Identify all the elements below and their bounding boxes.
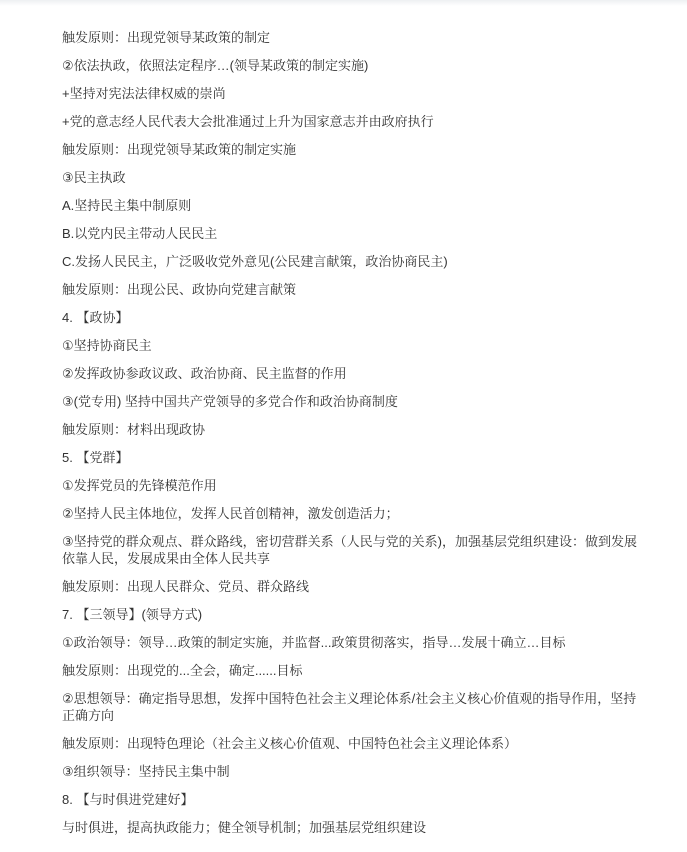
note-line: ②思想领导：确定指导思想，发挥中国特色社会主义理论体系/社会主义核心价值观的指导… xyxy=(62,690,642,724)
note-line: ③组织领导：坚持民主集中制 xyxy=(62,763,642,780)
note-line: ②发挥政协参政议政、政治协商、民主监督的作用 xyxy=(62,365,642,382)
trigger-principle-line: 触发原则：出现党领导某政策的制定实施 xyxy=(62,141,642,158)
trigger-principle-line: 触发原则：出现人民群众、党员、群众路线 xyxy=(62,578,642,595)
note-line: ③民主执政 xyxy=(62,169,642,186)
document-content: 触发原则：出现党领导某政策的制定 ②依法执政，依照法定程序…(领导某政策的制定实… xyxy=(62,29,642,847)
note-line: ②依法执政，依照法定程序…(领导某政策的制定实施) xyxy=(62,57,642,74)
note-line: C.发扬人民民主，广泛吸收党外意见(公民建言献策，政治协商民主) xyxy=(62,253,642,270)
section-heading: 7. 【三领导】(领导方式) xyxy=(62,606,642,623)
note-line: ③坚持党的群众观点、群众路线，密切营群关系（人民与党的关系)，加强基层党组织建设… xyxy=(62,533,642,567)
section-heading: 8. 【与时俱进党建好】 xyxy=(62,791,642,808)
note-line: 与时俱进，提高执政能力；健全领导机制；加强基层党组织建设 xyxy=(62,819,642,836)
section-heading: 4. 【政协】 xyxy=(62,309,642,326)
note-line: +党的意志经人民代表大会批准通过上升为国家意志并由政府执行 xyxy=(62,113,642,130)
page-top-edge xyxy=(0,0,687,6)
trigger-principle-line: 触发原则：出现党的...全会，确定......目标 xyxy=(62,662,642,679)
trigger-principle-line: 触发原则：出现公民、政协向党建言献策 xyxy=(62,281,642,298)
note-line: A.坚持民主集中制原则 xyxy=(62,197,642,214)
note-line: ②坚持人民主体地位，发挥人民首创精神，激发创造活力； xyxy=(62,505,642,522)
trigger-principle-line: 触发原则：出现党领导某政策的制定 xyxy=(62,29,642,46)
note-line: ③(党专用) 坚持中国共产党领导的多党合作和政治协商制度 xyxy=(62,393,642,410)
note-line: ①坚持协商民主 xyxy=(62,337,642,354)
trigger-principle-line: 触发原则：材料出现政协 xyxy=(62,421,642,438)
note-line: ①政治领导：领导…政策的制定实施，并监督...政策贯彻落实，指导…发展十确立…目… xyxy=(62,634,642,651)
trigger-principle-line: 触发原则：出现特色理论（社会主义核心价值观、中国特色社会主义理论体系） xyxy=(62,735,642,752)
note-line: ①发挥党员的先锋模范作用 xyxy=(62,477,642,494)
note-line: B.以党内民主带动人民民主 xyxy=(62,225,642,242)
section-heading: 5. 【党群】 xyxy=(62,449,642,466)
note-line: +坚持对宪法法律权威的崇尚 xyxy=(62,85,642,102)
